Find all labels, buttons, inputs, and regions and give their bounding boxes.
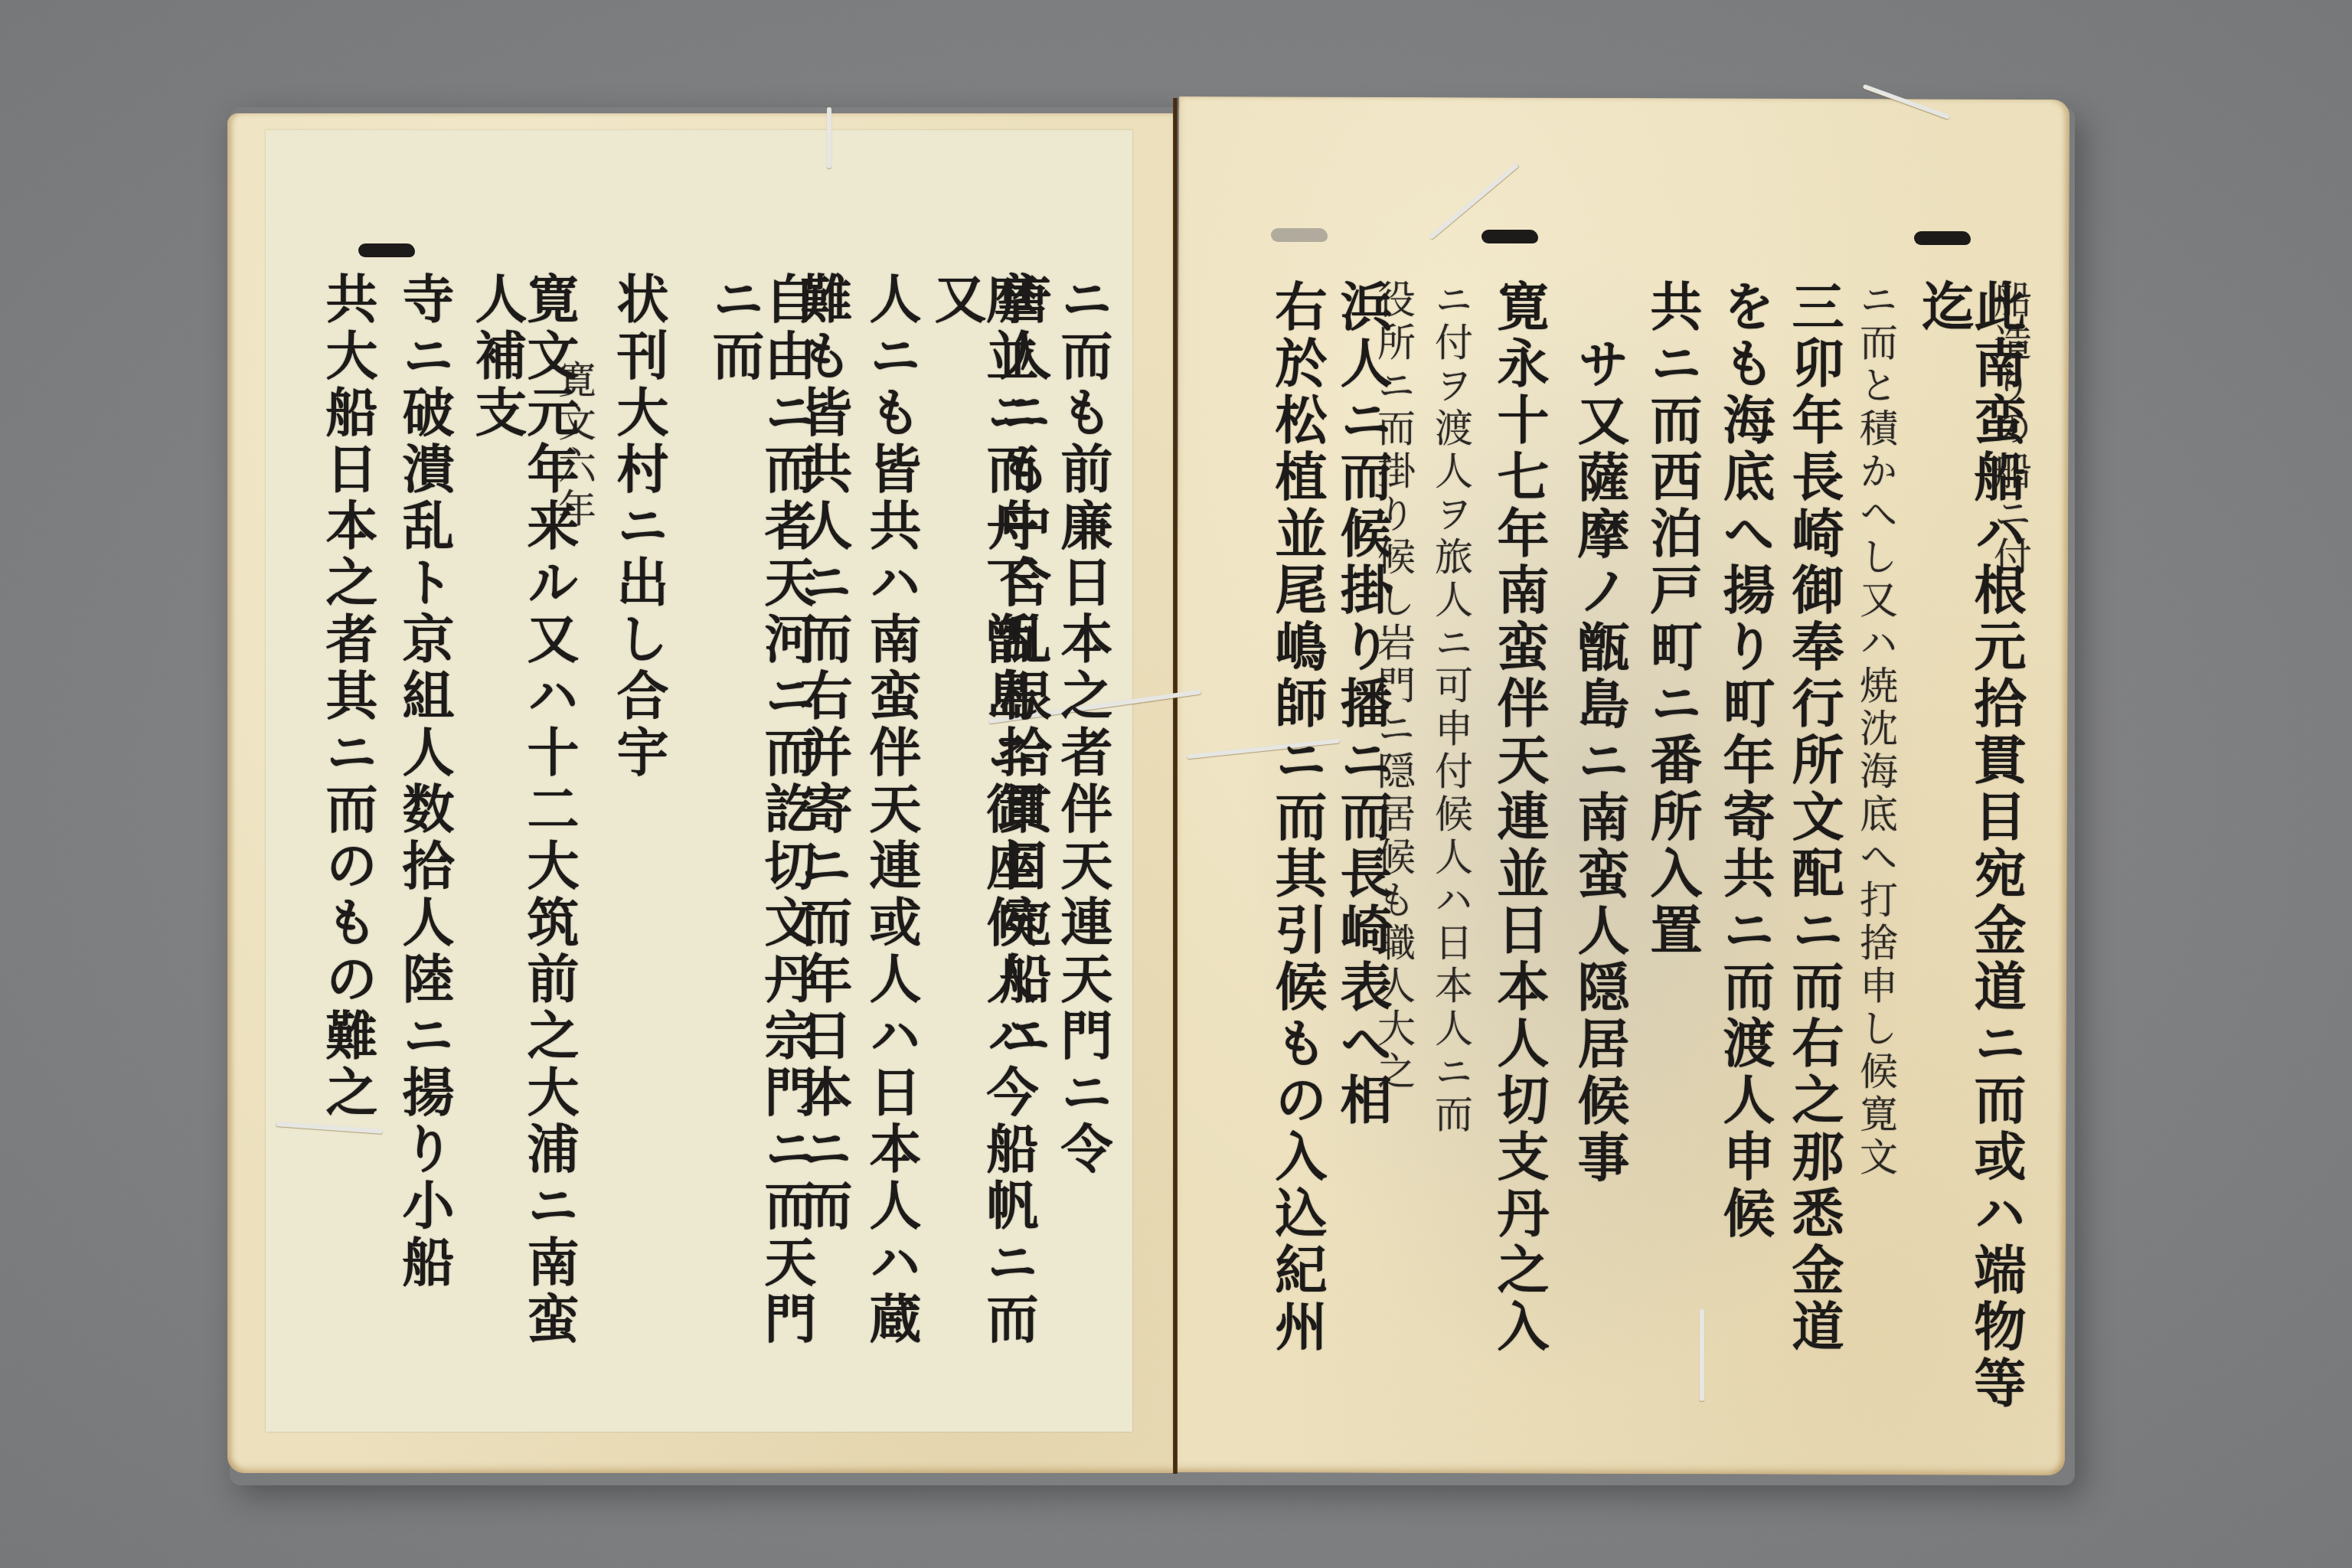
text-column: 共ニ而西泊戸町ニ番所入置	[1646, 279, 1698, 1122]
item-marker-ichi	[358, 243, 415, 257]
paper-tear	[1700, 1309, 1704, 1401]
text-column: ニ而と積かへし又ハ焼沈海底へ打捨申し候寛文	[1857, 279, 1895, 1443]
book-spine-gutter	[1173, 98, 1178, 1474]
item-marker-ichi	[1481, 230, 1538, 243]
text-column: 寛文元年来ル又ハ十二大筑前之大浦ニ南蛮人補支	[471, 272, 575, 1374]
text-column: 共大船日本之者其ニ而のもの難之	[322, 272, 374, 1374]
text-column: 此南蛮船ハ根元拾貫目宛金道ニ而或ハ端物等迄	[1918, 279, 2022, 1443]
text-column: ニ付ヲ渡人ヲ旅人ニ可申付候人ハ日本人ニ而	[1432, 279, 1470, 1443]
text-column: ニ而も前廉日本之者伴天連天門ニ令	[1057, 272, 1109, 1374]
text-column: 浜人ニ而候掛り播ニ而長崎表へ相	[1336, 279, 1388, 1443]
text-column: をも海底へ揚り町年寄共ニ而渡人申候	[1719, 279, 1771, 1443]
item-marker-ichi-faint	[1271, 228, 1328, 242]
text-column: 人ニも皆共ハ南蛮伴天連或人ハ日本人ハ蔵	[865, 272, 917, 1374]
text-column: 摩並ニ而舟下甑島ニ御座候人ハ今船帆ニ而又	[930, 272, 1034, 1374]
text-column: 寺ニ破潰乱ト京組人数拾人陸ニ揚り小船	[398, 272, 450, 1374]
text-column: 右於松植並尾嶋師ニ而其引候もの入込紀州	[1271, 279, 1323, 1443]
text-column: サ又薩摩ノ甑島ニ南蛮人隠居候事	[1573, 337, 1625, 1332]
item-marker-ichi	[1914, 231, 1971, 245]
paper-tear	[827, 107, 831, 168]
text-column: 状刊大村ニ出し合宇	[612, 272, 665, 846]
text-column: 三卯年長崎御奉行所文配ニ而右之那悉金道	[1788, 279, 1840, 1443]
text-column: 自由ニ而者天河ニ而訖切文丹宗門ニ而天門ニ而	[708, 272, 812, 1374]
text-column: 寛永十七年南蛮伴天連並日本人切支丹之入	[1493, 279, 1545, 1443]
